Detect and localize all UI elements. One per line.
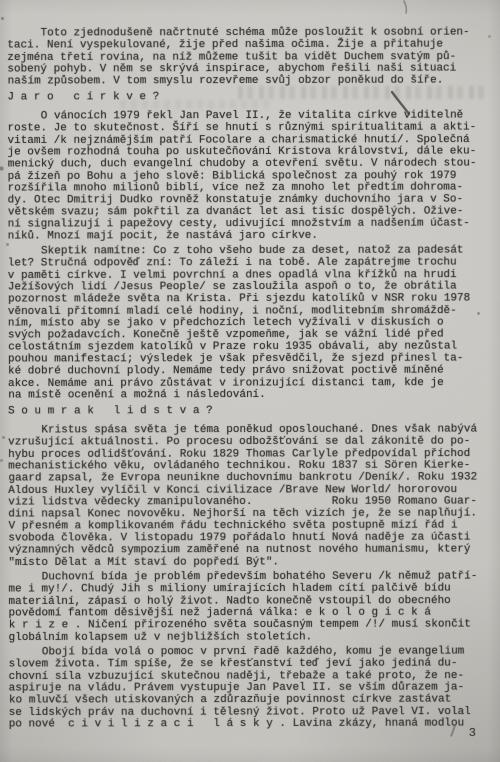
section-heading: S o u m r a k l i d s t v a ? <box>8 404 496 417</box>
text-line: Kristus spása světa je téma poněkud opos… <box>8 423 496 436</box>
text-line: globálním kolapsem už v nejbližších stol… <box>9 631 497 644</box>
text-line: "místo Dělat a Mít staví do popředí Být"… <box>8 556 496 569</box>
text-line: ním, místo aby se jako v předchozích let… <box>8 316 496 329</box>
text-line: se lidských práv na duchovní i tělesný ž… <box>9 706 497 719</box>
text-line: O vánocích 1979 řekl Jan Pavel II., že v… <box>8 109 496 122</box>
document-text: Toto zjednodušeně načrtnuté schéma může … <box>7 26 496 730</box>
text-line: na místě ocenění a možná i následování. <box>8 388 496 401</box>
text-line: dini napsal Konec novověku. Nejhorší na … <box>8 507 496 520</box>
text-line: ké dobré duchovní plody. Nemáme tedy prá… <box>8 364 496 377</box>
text-line: menický duch, duch evangelní chudoby a o… <box>8 157 496 170</box>
text-line: chovní síla vzbuzující skutečnou naději,… <box>9 670 497 683</box>
scanned-page: Toto zjednodušeně načrtnuté schéma může … <box>0 0 500 762</box>
text-line: pouhou manifestací; výsledek je však pře… <box>8 352 496 365</box>
text-line: v paměti církve. I velmi povrchní a dnes… <box>8 269 496 282</box>
text-line: me i my!/. Chudý Jih s miliony umírající… <box>8 582 496 595</box>
text-line: dy. Otec Dmitrij Dudko rovněž konstatuje… <box>8 193 496 206</box>
paragraph: Toto zjednodušeně načrtnuté schéma může … <box>7 26 495 87</box>
text-line: roste. Je to skutečnost. Šíří se hnutí s… <box>7 121 495 134</box>
text-line: hybu proces odlidšťování. Roku 1829 Thom… <box>8 448 496 461</box>
text-line: vizi lidstva vědecky zmanipulovaného. Ro… <box>8 495 496 508</box>
text-line: větském svazu; sám pokřtil za dvanáct le… <box>8 205 496 218</box>
text-line: vzrušující aktuálnosti. Po procesu odbož… <box>8 435 496 448</box>
text-line: slovem života. Tím spíše, že se křesťans… <box>9 657 497 670</box>
text-line: let? Stručná odpověď zní: To záleží i na… <box>8 256 496 269</box>
text-line: povědomí fantom děsivější než jaderná vá… <box>8 606 496 619</box>
text-line: gaard zapsal, že Evropa neunikne duchovn… <box>8 471 496 484</box>
text-line: je ovšem rozhodná touha po uskutečňování… <box>8 145 496 158</box>
text-line: ní signalizují i papežovy cesty, udivují… <box>8 217 496 230</box>
bleed-through-mark <box>238 86 486 99</box>
text-line: svých požadavcích. Konečně ještě vzpomeň… <box>8 328 496 341</box>
text-line: níků. Mnozí mají pocit, že nastává jaro … <box>8 229 496 242</box>
text-line: materiální, zápasí o holý život. Nadto k… <box>8 595 496 608</box>
text-line: mechanistického věku, ovládaného technik… <box>8 459 496 472</box>
text-line: po nové c i v i l i z a c i l á s k y . … <box>9 717 497 730</box>
paragraph: Skeptik namítne: Co z toho všeho bude za… <box>8 244 496 401</box>
bleed-through-mark <box>120 100 270 109</box>
text-line: Obojí bída volá o pomoc v první řadě kaž… <box>9 645 497 658</box>
ink-speck <box>0 0 1 1</box>
text-line: věnovali přítomní mladí celé hodiny, i n… <box>8 305 496 318</box>
paragraph: Obojí bída volá o pomoc v první řadě kaž… <box>9 645 497 730</box>
text-line: ko mluvčí všech utiskovaných a zdůrazňuj… <box>9 693 497 706</box>
text-line: sobený pohyb. V něm se skrývá inspirace,… <box>7 62 495 75</box>
page-number: 3 <box>469 726 476 740</box>
text-line: celostátním sjezdem katolíků v Praze rok… <box>8 340 496 353</box>
text-line: Aldous Huxley vylíčil v Konci civilizace… <box>8 484 496 497</box>
text-line: aspiruje na vládu. Právem vystupuje Jan … <box>9 681 497 694</box>
text-line: V přesném a komplikovaném řádu technické… <box>9 519 497 532</box>
paragraph: Duchovní bída je problém především bohat… <box>8 570 496 643</box>
text-line: Skeptik namítne: Co z toho všeho bude za… <box>8 244 496 257</box>
text-line: pá žízeň po Bohu a jeho slově: Biblická … <box>8 170 496 183</box>
text-line: rozšířila mnoho milionů biblí, více než … <box>8 181 496 194</box>
text-line: k r i z e . Ničení přirozeného světa sou… <box>9 618 497 631</box>
text-line: zejména třetí rovina, na níž můžeme tuši… <box>7 51 495 64</box>
paragraph: O vánocích 1979 řekl Jan Pavel II., že v… <box>7 109 495 242</box>
text-line: Ježíšových lidí /Jesus People/ se zaslou… <box>8 280 496 293</box>
text-line: významných vědců sympozium zaměřené na n… <box>8 543 496 556</box>
text-line: Toto zjednodušeně načrtnuté schéma může … <box>8 26 496 39</box>
text-line: vitami /k nejznámějším patří Focolare a … <box>7 134 495 147</box>
paragraph: Kristus spása světa je téma poněkud opos… <box>8 423 496 568</box>
text-line: taci. Není vyspekulované, žije před naši… <box>7 38 495 51</box>
text-line: Duchovní bída je problém především bohat… <box>9 570 497 583</box>
text-line: pozornost mládeže světa na Krista. Při s… <box>8 292 496 305</box>
text-line: svoboda člověka. V listopadu 1979 pořáda… <box>8 531 496 544</box>
